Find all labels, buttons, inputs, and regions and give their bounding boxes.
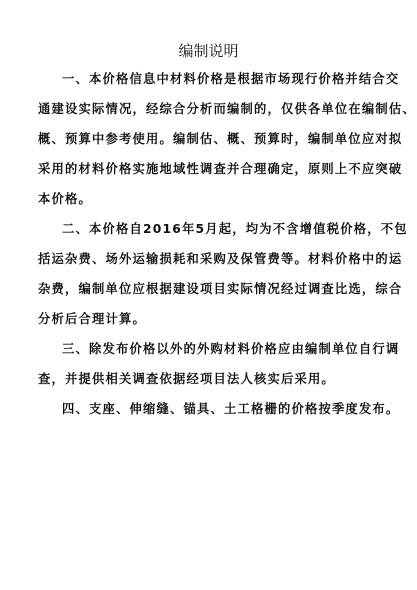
paragraph-2-line-4: 分析后合理计算。 xyxy=(38,311,146,327)
paragraph-3-line-1: 三、除发布价格以外的外购材料价格应由编制单位自行调 xyxy=(62,341,399,357)
paragraph-3-line-2: 查，并提供相关调查依据经项目法人核实后采用。 xyxy=(38,371,335,387)
paragraph-2-line-3: 杂费，编制单位应根据建设项目实际情况经过调查比选，综合 xyxy=(38,281,402,297)
paragraph-1-line-4: 采用的材料价格实施地域性调查并合理确定，原则上不应突破 xyxy=(38,161,402,177)
paragraph-1-line-5: 本价格。 xyxy=(38,191,92,207)
paragraph-1-line-1: 一、本价格信息中材料价格是根据市场现行价格并结合交 xyxy=(62,71,399,87)
paragraph-2-line-1: 二、本价格自2016年5月起，均为不含增值税价格，不包 xyxy=(62,221,408,237)
paragraph-4-line-1: 四、支座、伸缩缝、锚具、土工格栅的价格按季度发布。 xyxy=(62,401,399,417)
document-title: 编制说明 xyxy=(0,41,417,61)
paragraph-1-line-3: 概、预算中参考使用。编制估、概、预算时，编制单位应对拟 xyxy=(38,131,402,147)
paragraph-2-line-2: 括运杂费、场外运输损耗和采购及保管费等。材料价格中的运 xyxy=(38,251,402,267)
paragraph-1-line-2: 通建设实际情况，经综合分析而编制的，仅供各单位在编制估、 xyxy=(38,101,416,117)
